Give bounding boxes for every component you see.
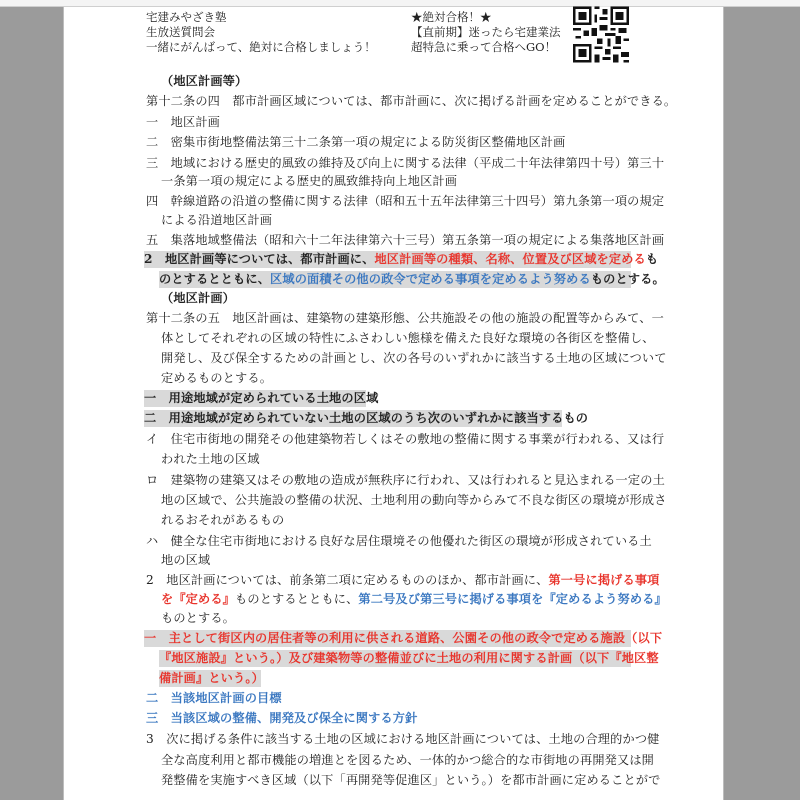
sub-item-ro: ロ 建築物の建築又はその敷地の造成が無秩序に行われ、又は行われると見込まれる一定… (146, 472, 665, 489)
item-3-cont: 一条第一項の規定による歴史的風致維持向上地区計画 (161, 173, 457, 190)
item-4: 四 幹線道路の沿道の整備に関する法律（昭和五十五年法律第三十四号）第九条第一項の… (146, 193, 664, 210)
sub-item-i: イ 住宅市街地の開発その他建築物若しくはその敷地の整備に関する事業が行われる、又… (146, 431, 664, 448)
article-12-5: 第十二条の五 地区計画は、建築物の建築形態、公共施設その他の施設の配置等からみて… (146, 310, 664, 327)
article-12-4: 第十二条の四 都市計画区域については、都市計画に、次に掲げる計画を定めることがで… (146, 93, 676, 110)
item-3-policy: 三 当該区域の整備、開発及び保全に関する方針 (146, 710, 417, 727)
qr-code-icon[interactable] (573, 6, 629, 63)
sub-item-ha-cont: 地の区域 (161, 552, 210, 569)
paragraph-2b-line-3: ものとする。 (161, 610, 235, 627)
item-5: 五 集落地域整備法（昭和六十二年法律第六十三号）第五条第一項の規定による集落地区… (146, 232, 664, 249)
emphasis-red: 第一号に掲げる事項 (548, 573, 659, 587)
section-heading-district-plans: （地区計画等） (161, 73, 247, 90)
item-1-facility-plan-cont-2: 備計画』という。） (159, 670, 261, 687)
paragraph-2-line-2: のとするとともに、区域の面積その他の政令で定める事項を定めるよう努めるものとする… (159, 271, 631, 288)
paragraph-3-line-2: 全な高度利用と都市機能の増進とを図るため、一体的かつ総合的な市街地の再開発又は開 (161, 752, 654, 769)
slogan: 一緒にがんばって、絶対に合格しましょう！ (146, 40, 376, 55)
paragraph-2-line-1: 2 地区計画等については、都市計画に、地区計画等の種類、名称、位置及び区域を定め… (144, 251, 631, 268)
paragraph-3-line-3: 発整備を実施すべき区域（以下「再開発等促進区」という。）を都市計画に定めることが… (161, 772, 661, 789)
article-12-5-cont-3: 定めるものとする。 (161, 370, 272, 387)
paragraph-2b-line-1: 2 地区計画については、前条第二項に定めるもののほか、都市計画に、第一号に掲げる… (146, 572, 660, 589)
item-3: 三 地域における歴史的風致の維持及び向上に関する法律（平成二十年法律第四十号）第… (146, 155, 664, 172)
document-page: 宅建みやざき塾 生放送質問会 一緒にがんばって、絶対に合格しましょう！ ★絶対合… (63, 7, 724, 800)
promo-line-2: 超特急に乗って合格へGO！ (411, 40, 561, 55)
motto: ★絶対合格！★ (411, 10, 561, 25)
viewer-toolbar (0, 0, 800, 7)
item-4-cont: による沿道地区計画 (161, 212, 272, 229)
header-left: 宅建みやざき塾 生放送質問会 一緒にがんばって、絶対に合格しましょう！ (146, 10, 376, 55)
item-2-goal: 二 当該地区計画の目標 (146, 690, 282, 707)
article-12-5-cont-1: 体としてそれぞれの区域の特性にふさわしい態様を備えた良好な環境の各街区を整備し、 (161, 330, 655, 347)
session-name: 生放送質問会 (146, 25, 376, 40)
school-name: 宅建みやざき塾 (146, 10, 376, 25)
emphasis-blue: 第二号及び第三号に掲げる事項を『定めるよう努める』 (358, 592, 666, 606)
item-1-facility-plan: 一 主として街区内の居住者等の利用に供される道路、公園その他の政令で定める施設（… (144, 630, 631, 647)
item-1-facility-plan-cont-1: 『地区施設』という。）及び建築物等の整備並びに土地の利用に関する計画（以下『地区… (159, 650, 631, 667)
item-1: 一 地区計画 (146, 114, 220, 131)
emphasis-red: 地区計画等の種類、名称、位置及び区域を定める (374, 252, 645, 266)
item-1-use-zone: 一 用途地域が定められている土地の区域 (144, 390, 366, 407)
paragraph-2b-line-2: を『定める』ものとするとともに、第二号及び第三号に掲げる事項を『定めるよう努める… (161, 591, 667, 608)
paragraph-3-line-1: 3 次に掲げる条件に該当する土地の区域における地区計画については、土地の合理的か… (146, 731, 660, 748)
item-2: 二 密集市街地整備法第三十二条第一項の規定による防災街区整備地区計画 (146, 134, 565, 151)
section-heading-district-plan: （地区計画） (161, 290, 235, 307)
sub-item-i-cont: われた土地の区域 (161, 451, 260, 468)
promo-line-1: 【直前期】迷ったら宅建業法 (411, 25, 561, 40)
emphasis-blue: 区域の面積その他の政令で定める事項を定めるよう努める (270, 272, 591, 286)
item-2-no-use-zone: 二 用途地域が定められていない土地の区域のうち次のいずれかに該当するもの (144, 410, 562, 427)
emphasis-red: を『定める』 (161, 592, 235, 606)
sub-item-ro-cont-1: 地の区域で、公共施設の整備の状況、土地利用の動向等からみて不良な街区の環境が形成… (161, 492, 667, 509)
sub-item-ha: ハ 健全な住宅市街地における良好な居住環境その他優れた街区の環境が形成されている… (146, 533, 652, 550)
header-right: ★絶対合格！★ 【直前期】迷ったら宅建業法 超特急に乗って合格へGO！ (411, 10, 561, 55)
article-12-5-cont-2: 開発し、及び保全するための計画とし、次の各号のいずれかに該当する土地の区域につい… (161, 350, 667, 367)
sub-item-ro-cont-2: れるおそれがあるもの (161, 512, 284, 529)
